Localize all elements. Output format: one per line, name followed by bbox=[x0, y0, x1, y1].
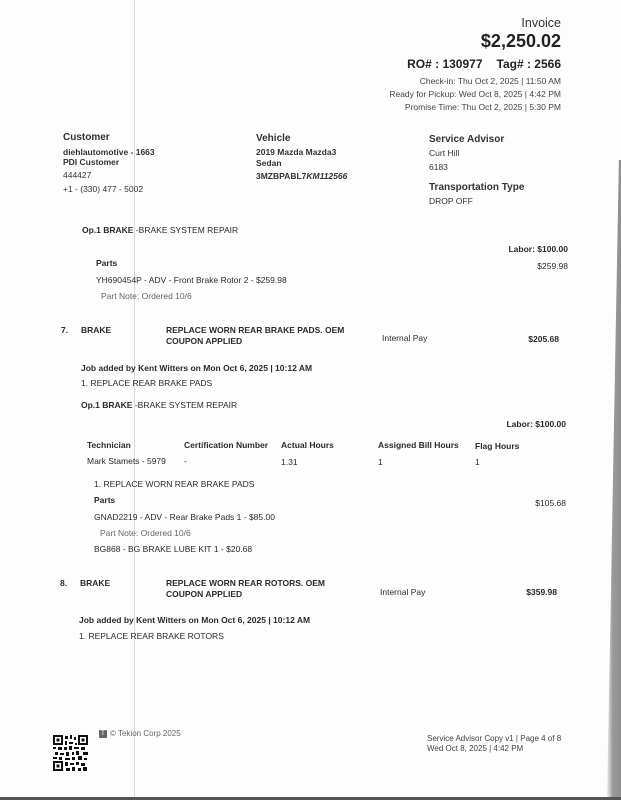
customer-heading: Customer bbox=[63, 132, 110, 143]
ro-tag-line: RO# : 130977Tag# : 2566 bbox=[407, 57, 561, 71]
vin-suffix: KM112566 bbox=[306, 171, 347, 181]
vin-prefix: 3MZBPABL7 bbox=[256, 171, 306, 181]
ro-number: RO# : 130977 bbox=[407, 57, 482, 71]
footer-printed-time: Wed Oct 8, 2025 | 4:42 PM bbox=[427, 744, 523, 753]
job7-pay-type: Internal Pay bbox=[382, 333, 427, 343]
tech-header-assigned: Assigned Bill Hours bbox=[378, 440, 459, 450]
prev-op-line: Op.1 BRAKE -BRAKE SYSTEM REPAIR bbox=[82, 225, 238, 235]
prev-part-note: Part Note: Ordered 10/6 bbox=[101, 291, 192, 301]
vehicle-model: 2019 Mazda Mazda3 bbox=[256, 147, 336, 157]
tech-header-cert: Certification Number bbox=[184, 440, 268, 450]
prev-part-line: YH690454P - ADV - Front Brake Rotor 2 - … bbox=[96, 275, 287, 285]
job7-category: BRAKE bbox=[81, 325, 111, 335]
job7-added-by: Job added by Kent Witters on Mon Oct 6, … bbox=[81, 363, 312, 373]
job7-story: 1. REPLACE REAR BRAKE PADS bbox=[81, 378, 212, 388]
job7-number: 7. bbox=[61, 325, 68, 335]
tech-header-flag: Flag Hours bbox=[475, 441, 519, 451]
tekion-logo-icon: T bbox=[99, 730, 107, 738]
job8-added-by: Job added by Kent Witters on Mon Oct 6, … bbox=[79, 615, 310, 625]
tech-cell-assigned: 1 bbox=[378, 457, 383, 467]
checkin-time: Check-in: Thu Oct 2, 2025 | 11:50 AM bbox=[420, 76, 561, 86]
transport-heading: Transportation Type bbox=[429, 182, 524, 193]
job7-parts-label: Parts bbox=[94, 495, 115, 505]
job7-parts-total: $105.68 bbox=[535, 498, 566, 508]
invoice-amount: $2,250.02 bbox=[481, 31, 561, 52]
job8-category: BRAKE bbox=[80, 578, 110, 588]
tech-cell-actual: 1.31 bbox=[281, 457, 298, 467]
advisor-heading: Service Advisor bbox=[429, 134, 504, 145]
prev-parts-label: Parts bbox=[96, 258, 117, 268]
qr-code-icon bbox=[53, 735, 88, 771]
ready-time: Ready for Pickup: Wed Oct 8, 2025 | 4:42… bbox=[389, 89, 561, 99]
prev-labor: Labor: $100.00 bbox=[508, 244, 568, 254]
customer-phone: +1 - (330) 477 - 5002 bbox=[63, 184, 143, 194]
vehicle-heading: Vehicle bbox=[256, 133, 290, 144]
prev-parts-total: $259.98 bbox=[537, 261, 568, 271]
job7-labor: Labor: $100.00 bbox=[506, 419, 566, 429]
job8-number: 8. bbox=[60, 578, 67, 588]
job8-desc-1: REPLACE WORN REAR ROTORS. OEM bbox=[166, 578, 325, 588]
tech-cell-technician: Mark Stamets - 5979 bbox=[87, 456, 166, 466]
job7-desc-2: COUPON APPLIED bbox=[166, 336, 242, 346]
tech-cell-flag: 1 bbox=[475, 457, 480, 467]
job8-story: 1. REPLACE REAR BRAKE ROTORS bbox=[79, 631, 224, 641]
scan-edge-shadow bbox=[607, 160, 621, 800]
customer-name: diehlautomotive - 1663 bbox=[63, 147, 155, 157]
job7-sub-story: 1. REPLACE WORN REAR BRAKE PADS bbox=[94, 479, 254, 489]
vehicle-body: Sedan bbox=[256, 158, 282, 168]
transport-type: DROP OFF bbox=[429, 196, 473, 206]
promise-time: Promise Time: Thu Oct 2, 2025 | 5:30 PM bbox=[405, 102, 561, 112]
tech-header-technician: Technician bbox=[87, 440, 131, 450]
advisor-id: 6183 bbox=[429, 162, 448, 172]
customer-type: PDI Customer bbox=[63, 157, 119, 167]
job7-part-note-1: Part Note: Ordered 10/6 bbox=[100, 528, 191, 538]
footer-copyright: T© Tekion Corp 2025 bbox=[99, 729, 181, 738]
job8-amount: $359.98 bbox=[526, 587, 557, 597]
vehicle-vin: 3MZBPABL7KM112566 bbox=[256, 171, 347, 181]
job7-part-line-2: BG868 - BG BRAKE LUBE KIT 1 - $20.68 bbox=[94, 544, 252, 554]
tech-cell-cert: - bbox=[184, 456, 187, 466]
tech-header-actual: Actual Hours bbox=[281, 440, 334, 450]
job7-part-line-1: GNAD2219 - ADV - Rear Brake Pads 1 - $85… bbox=[94, 512, 275, 522]
advisor-name: Curt Hill bbox=[429, 148, 459, 158]
invoice-title: Invoice bbox=[521, 16, 561, 30]
job8-pay-type: Internal Pay bbox=[380, 587, 425, 597]
job8-desc-2: COUPON APPLIED bbox=[166, 589, 242, 599]
customer-id: 444427 bbox=[63, 170, 91, 180]
job7-desc-1: REPLACE WORN REAR BRAKE PADS. OEM bbox=[166, 325, 344, 335]
footer-copy-info: Service Advisor Copy v1 | Page 4 of 8 bbox=[427, 734, 561, 743]
tag-number: Tag# : 2566 bbox=[497, 57, 561, 71]
job7-amount: $205.68 bbox=[528, 334, 559, 344]
job7-op-line: Op.1 BRAKE -BRAKE SYSTEM REPAIR bbox=[81, 400, 237, 410]
